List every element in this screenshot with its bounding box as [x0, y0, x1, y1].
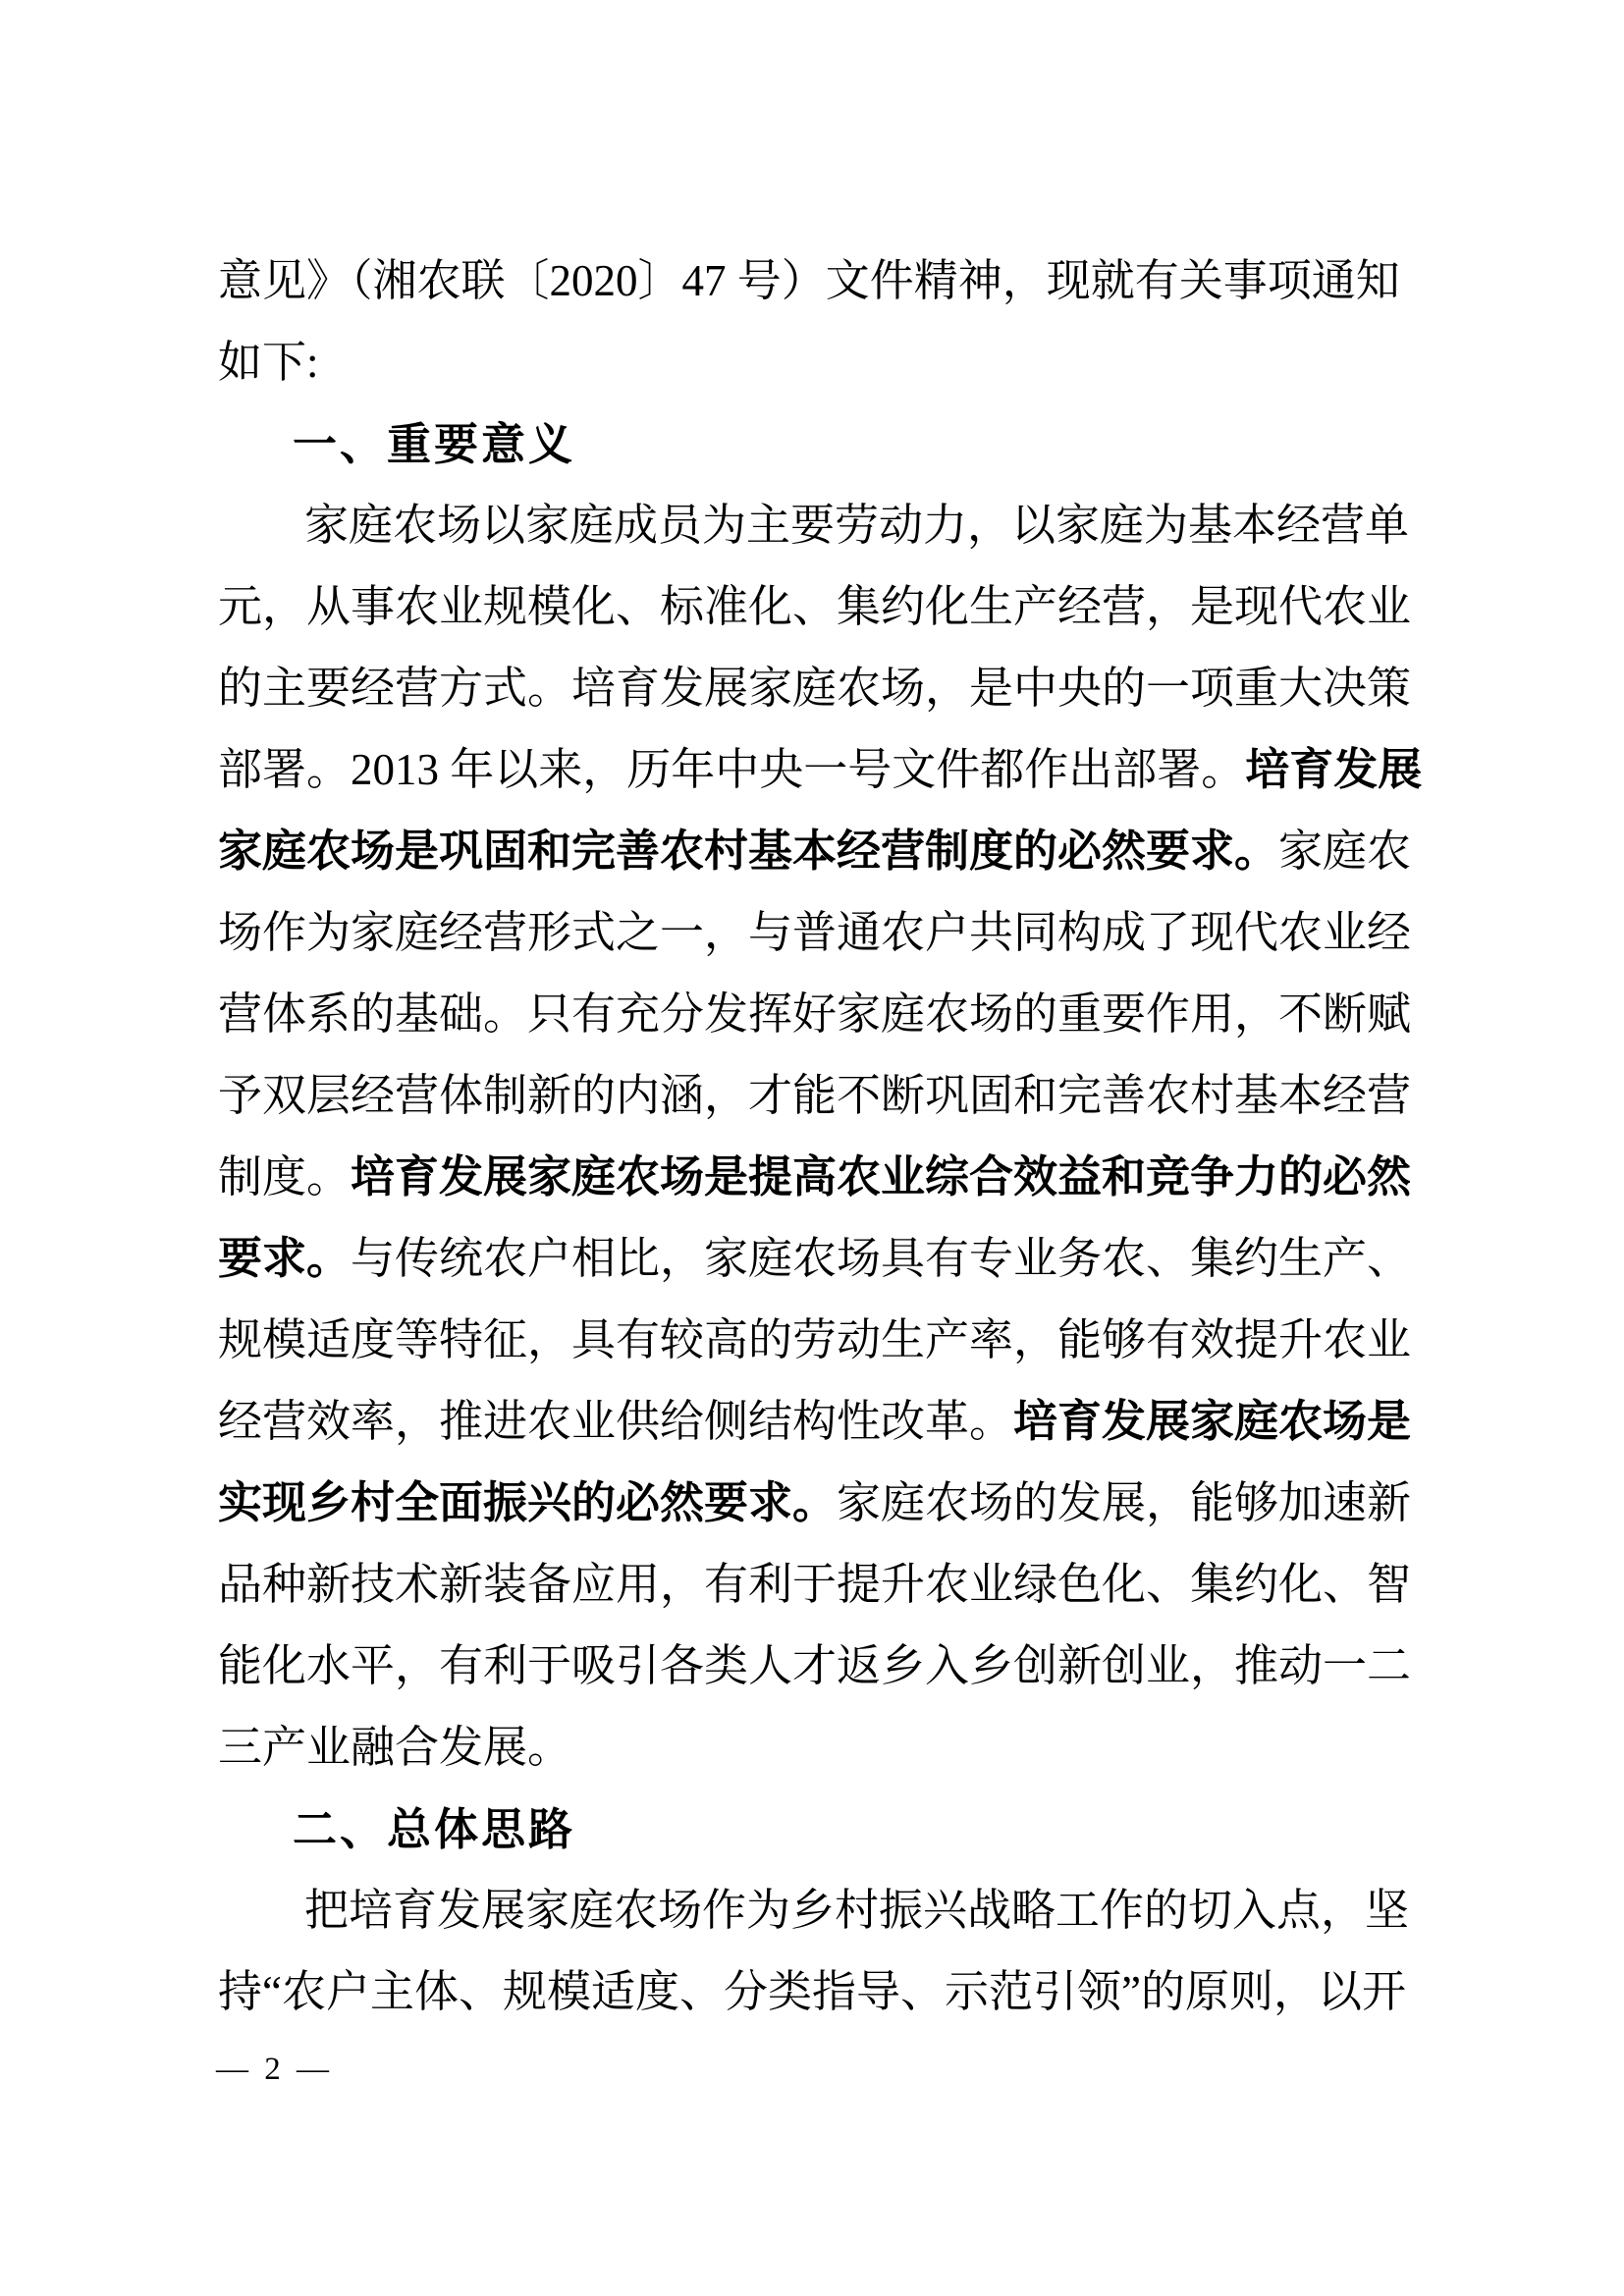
bold-text-run: 要求。 [218, 1234, 351, 1283]
text-run: 家庭农场的发展，能够加速新 [837, 1478, 1411, 1527]
text-run: 规模适度等特征，具有较高的劳动生产率，能够有效提升农业 [218, 1315, 1411, 1364]
text-line: 家庭农场是巩固和完善农村基本经营制度的必然要求。家庭农 [218, 811, 1414, 892]
bold-text-run: 二、总体思路 [293, 1804, 575, 1854]
text-line: 经营效率，推进农业供给侧结构性改革。培育发展家庭农场是 [218, 1381, 1414, 1463]
text-run: 如下: [218, 338, 319, 387]
text-line: 的主要经营方式。培育发展家庭农场，是中央的一项重大决策 [218, 648, 1414, 729]
text-line: 场作为家庭经营形式之一，与普通农户共同构成了现代农业经 [218, 892, 1414, 974]
section-heading: 二、总体思路 [218, 1789, 1414, 1870]
text-run: 部署。2013 年以来，历年中央一号文件都作出部署。 [218, 745, 1245, 794]
bold-text-run: 培育发展 [1245, 745, 1422, 794]
text-run: 予双层经营体制新的内涵，才能不断巩固和完善农村基本经营 [218, 1071, 1411, 1120]
document-body: 意见》（湘农联〔2020〕47 号）文件精神，现就有关事项通知如下:一、重要意义… [218, 240, 1414, 2033]
bold-text-run: 培育发展家庭农场是 [1013, 1397, 1411, 1446]
bold-text-run: 一、重要意义 [293, 419, 575, 469]
text-run: 与传统农户相比，家庭农场具有专业务农、集约生产、 [351, 1234, 1411, 1283]
text-line: 意见》（湘农联〔2020〕47 号）文件精神，现就有关事项通知 [218, 240, 1414, 322]
text-run: 元，从事农业规模化、标准化、集约化生产经营，是现代农业 [218, 582, 1411, 631]
text-line: 家庭农场以家庭成员为主要劳动力，以家庭为基本经营单 [218, 485, 1414, 566]
text-line: 如下: [218, 322, 1414, 403]
bold-text-run: 家庭农场是巩固和完善农村基本经营制度的必然要求。 [218, 827, 1278, 876]
section-heading: 一、重要意义 [218, 403, 1414, 485]
text-line: 品种新技术新装备应用，有利于提升农业绿色化、集约化、智 [218, 1544, 1414, 1626]
text-line: 三产业融合发展。 [218, 1707, 1414, 1789]
text-run: 能化水平，有利于吸引各类人才返乡入乡创新创业，推动一二 [218, 1641, 1411, 1690]
text-run: 家庭农 [1278, 827, 1411, 876]
text-run: 持“农户主体、规模适度、分类指导、示范引领”的原则，以开 [218, 1967, 1406, 2016]
text-line: 实现乡村全面振兴的必然要求。家庭农场的发展，能够加速新 [218, 1463, 1414, 1544]
text-run: 意见》（湘农联〔2020〕47 号）文件精神，现就有关事项通知 [218, 256, 1400, 305]
text-line: 把培育发展家庭农场作为乡村振兴战略工作的切入点，坚 [218, 1870, 1414, 1951]
document-page: 意见》（湘农联〔2020〕47 号）文件精神，现就有关事项通知如下:一、重要意义… [0, 0, 1624, 2296]
text-run: 三产业融合发展。 [218, 1723, 571, 1772]
text-line: 营体系的基础。只有充分发挥好家庭农场的重要作用，不断赋 [218, 974, 1414, 1055]
bold-text-run: 实现乡村全面振兴的必然要求。 [218, 1478, 837, 1527]
text-run: 制度。 [218, 1152, 351, 1201]
page-number: — 2 — [216, 2050, 333, 2089]
text-line: 能化水平，有利于吸引各类人才返乡入乡创新创业，推动一二 [218, 1626, 1414, 1707]
text-run: 家庭农场以家庭成员为主要劳动力，以家庭为基本经营单 [304, 501, 1409, 550]
text-run: 的主要经营方式。培育发展家庭农场，是中央的一项重大决策 [218, 664, 1411, 713]
text-line: 制度。培育发展家庭农场是提高农业综合效益和竞争力的必然 [218, 1137, 1414, 1218]
text-run: 把培育发展家庭农场作为乡村振兴战略工作的切入点，坚 [304, 1886, 1409, 1935]
text-run: 经营效率，推进农业供给侧结构性改革。 [218, 1397, 1013, 1446]
text-line: 元，从事农业规模化、标准化、集约化生产经营，是现代农业 [218, 566, 1414, 648]
bold-text-run: 培育发展家庭农场是提高农业综合效益和竞争力的必然 [351, 1152, 1411, 1201]
text-line: 部署。2013 年以来，历年中央一号文件都作出部署。培育发展 [218, 729, 1414, 811]
text-run: 品种新技术新装备应用，有利于提升农业绿色化、集约化、智 [218, 1560, 1411, 1609]
text-line: 持“农户主体、规模适度、分类指导、示范引领”的原则，以开 [218, 1951, 1414, 2033]
text-line: 要求。与传统农户相比，家庭农场具有专业务农、集约生产、 [218, 1218, 1414, 1300]
text-line: 予双层经营体制新的内涵，才能不断巩固和完善农村基本经营 [218, 1055, 1414, 1137]
text-line: 规模适度等特征，具有较高的劳动生产率，能够有效提升农业 [218, 1300, 1414, 1381]
text-run: 营体系的基础。只有充分发挥好家庭农场的重要作用，不断赋 [218, 989, 1411, 1039]
text-run: 场作为家庭经营形式之一，与普通农户共同构成了现代农业经 [218, 908, 1411, 957]
